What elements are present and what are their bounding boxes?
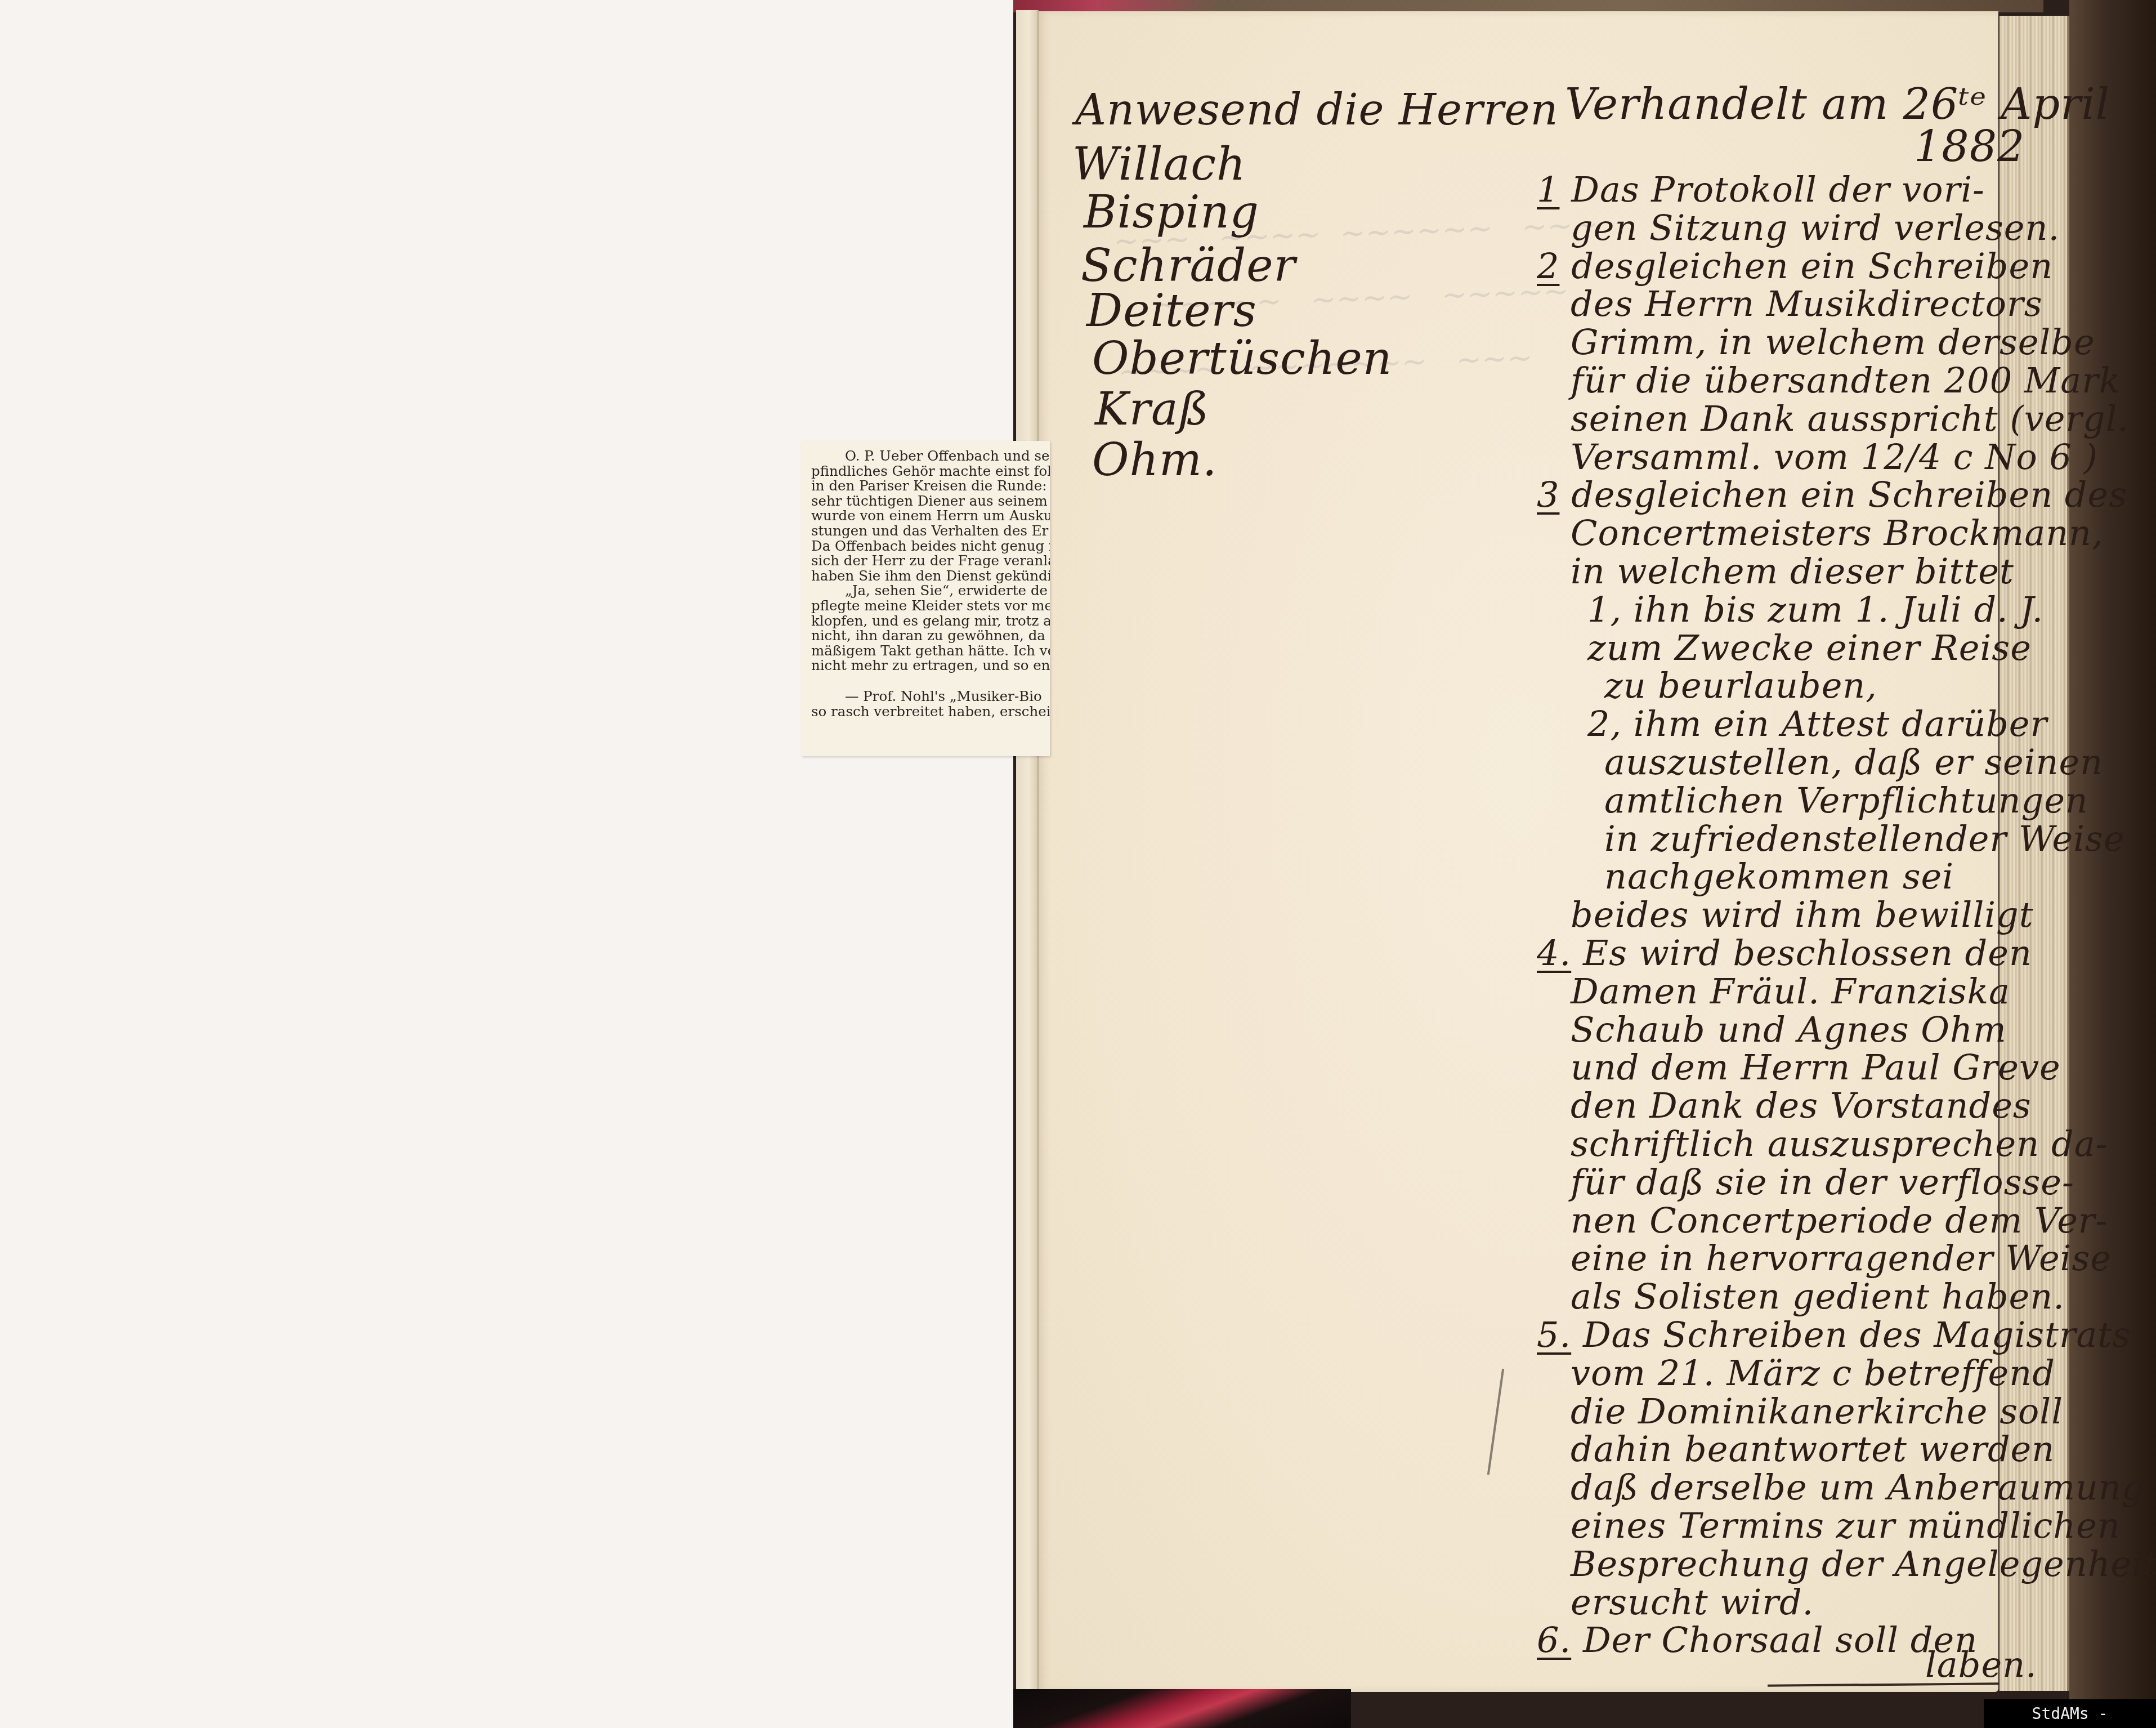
item-number: 2: [1537, 245, 1559, 287]
minutes-line: 2 desgleichen ein Schreiben: [1537, 245, 2053, 287]
attendee-name: Obertüschen: [1092, 332, 1392, 385]
minutes-line-text: und dem Herrn Paul Greve: [1571, 1047, 2061, 1088]
archive-reference-label: StdAMs - MV_003_194: [1984, 1699, 2156, 1728]
minutes-line-text: als Solisten gedient haben.: [1571, 1276, 2065, 1317]
minutes-line-text: eine in hervorragender Weise: [1571, 1238, 2112, 1279]
minutes-line: 5. Das Schreiben des Magistrats: [1537, 1314, 2131, 1355]
minutes-line-text: seinen Dank ausspricht (vergl.: [1571, 398, 2129, 439]
minutes-line-text: Der Chorsaal soll den: [1583, 1619, 1978, 1660]
minutes-line: nachgekommen sei: [1604, 856, 1954, 897]
minutes-line-text: auszustellen, daß er seinen: [1604, 742, 2103, 783]
clipping-line: Da Offenbach beides nicht genug rü: [811, 539, 1050, 554]
attendee-name: Ohm.: [1092, 434, 1217, 486]
item-number: 5.: [1537, 1314, 1571, 1355]
attendee-name: Willach: [1072, 138, 1246, 190]
minutes-line: 2, ihm ein Attest darüber: [1587, 703, 2047, 744]
minutes-line: als Solisten gedient haben.: [1571, 1276, 2065, 1317]
attendee-name: Kraß: [1095, 383, 1209, 435]
minutes-line-text: Besprechung der Angelegenheit: [1571, 1543, 2156, 1584]
minutes-line-text: Schaub und Agnes Ohm: [1571, 1009, 2007, 1050]
book-binding-bottom: [1013, 1689, 1351, 1728]
clipping-line: O. P. Ueber Offenbach und sein e: [811, 449, 1050, 464]
minutes-line: ersucht wird.: [1571, 1582, 1814, 1623]
minutes-line-text: 1, ihn bis zum 1. Juli d. J.: [1587, 589, 2043, 630]
minutes-line-text: beides wird ihm bewilligt: [1571, 894, 2034, 935]
book-gutter: [1016, 10, 1039, 1689]
clipping-line: wurde von einem Herrn um Auskun: [811, 508, 1050, 524]
minutes-line-text: Versamml. vom 12/4 c No 6 ): [1571, 436, 2098, 477]
minutes-line: 1 Das Protokoll der vori-: [1537, 169, 1985, 210]
clipping-line: stungen und das Verhalten des Er: [811, 524, 1050, 539]
minutes-line-text: zum Zwecke einer Reise: [1587, 627, 2032, 668]
clipping-footer-line: so rasch verbreitet haben, erscheinen: [811, 704, 1050, 720]
clipping-footer-line: — Prof. Nohl's „Musiker-Bio: [811, 689, 1050, 704]
minutes-line: vom 21. März c betreffend: [1571, 1352, 2055, 1394]
minutes-line-text: eines Termins zur mündlichen: [1571, 1505, 2121, 1546]
item-number: 4.: [1537, 932, 1571, 974]
minutes-line-text: desgleichen ein Schreiben des: [1571, 474, 2127, 515]
minutes-line: eine in hervorragender Weise: [1571, 1238, 2112, 1279]
minutes-trailing-word: laben.: [1925, 1644, 2037, 1685]
minutes-line-text: Concertmeisters Brockmann,: [1571, 512, 2104, 553]
minutes-line: Concertmeisters Brockmann,: [1571, 512, 2104, 553]
clipping-line: nicht, ihn daran zu gewöhnen, da: [811, 628, 1050, 644]
item-number: 6.: [1537, 1619, 1571, 1660]
minutes-year: 1882: [1914, 121, 2025, 171]
attendee-name: Deiters: [1086, 284, 1257, 337]
minutes-line: seinen Dank ausspricht (vergl.: [1571, 398, 2129, 439]
minutes-line: nen Concertperiode dem Ver-: [1571, 1200, 2108, 1241]
minutes-line-text: dahin beantwortet werden: [1571, 1428, 2055, 1470]
minutes-line-text: für die übersandten 200 Mark: [1571, 360, 2121, 401]
minutes-line: die Dominikanerkirche soll: [1571, 1391, 2063, 1432]
minutes-line-text: gen Sitzung wird verlesen.: [1571, 207, 2060, 248]
minutes-line: auszustellen, daß er seinen: [1604, 742, 2103, 783]
clipping-line: „Ja, sehen Sie“, erwiderte de: [811, 583, 1050, 599]
clipping-line: klopfen, und es gelang mir, trotz a: [811, 614, 1050, 629]
clipping-line: in den Pariser Kreisen die Runde:: [811, 479, 1050, 494]
attendee-name: Bisping: [1084, 186, 1259, 238]
minutes-line: den Dank des Vorstandes: [1571, 1085, 2032, 1126]
minutes-line-text: Das Protokoll der vori-: [1571, 169, 1985, 210]
clipping-line: pflegte meine Kleider stets vor mei: [811, 599, 1050, 614]
minutes-line: beides wird ihm bewilligt: [1571, 894, 2034, 935]
minutes-line-text: nachgekommen sei: [1604, 856, 1954, 897]
minutes-line-text: Es wird beschlossen den: [1583, 932, 2032, 974]
clipping-line: sich der Herr zu der Frage veranlaß: [811, 553, 1050, 569]
minutes-line-text: den Dank des Vorstandes: [1571, 1085, 2032, 1126]
minutes-date-heading: Verhandelt am 26ᵗᵉ April: [1565, 79, 2110, 129]
minutes-line: schriftlich auszusprechen da-: [1571, 1123, 2108, 1164]
minutes-line-text: die Dominikanerkirche soll: [1571, 1391, 2063, 1432]
minutes-line: Schaub und Agnes Ohm: [1571, 1009, 2007, 1050]
minutes-line: zu beurlauben,: [1604, 665, 1877, 706]
minutes-line-text: Grimm, in welchem derselbe: [1571, 322, 2095, 363]
clipping-text: O. P. Ueber Offenbach und sein e pfindli…: [811, 449, 1050, 719]
minutes-line: amtlichen Verpflichtungen: [1604, 780, 2088, 821]
minutes-line-text: daß derselbe um Anberaumung: [1571, 1467, 2145, 1508]
minutes-line: Grimm, in welchem derselbe: [1571, 322, 2095, 363]
facing-blank-page: [0, 0, 1013, 1728]
minutes-line: 1, ihn bis zum 1. Juli d. J.: [1587, 589, 2043, 630]
minutes-line: eines Termins zur mündlichen: [1571, 1505, 2121, 1546]
clipping-line: nicht mehr zu ertragen, und so entl: [811, 658, 1050, 673]
minutes-line: in welchem dieser bittet: [1571, 551, 2014, 592]
minutes-line: zum Zwecke einer Reise: [1587, 627, 2032, 668]
minutes-line-text: zu beurlauben,: [1604, 665, 1877, 706]
minutes-line-text: vom 21. März c betreffend: [1571, 1352, 2055, 1394]
minutes-line-text: Damen Fräul. Franziska: [1571, 971, 2010, 1012]
minutes-line: in zufriedenstellender Weise: [1604, 818, 2125, 859]
minutes-line: 6. Der Chorsaal soll den: [1537, 1619, 1978, 1660]
newspaper-clipping: O. P. Ueber Offenbach und sein e pfindli…: [801, 441, 1050, 756]
minutes-line: daß derselbe um Anberaumung: [1571, 1467, 2145, 1508]
clipping-line: haben Sie ihm den Dienst gekündig: [811, 569, 1050, 584]
minutes-line: 3 desgleichen ein Schreiben des: [1537, 474, 2127, 515]
minutes-line-text: ersucht wird.: [1571, 1582, 1814, 1623]
minutes-line: für daß sie in der verflosse-: [1571, 1162, 2074, 1203]
clipping-line: sehr tüchtigen Diener aus seinem Di: [811, 494, 1050, 509]
minutes-line-text: für daß sie in der verflosse-: [1571, 1162, 2074, 1203]
minutes-line: des Herrn Musikdirectors: [1571, 283, 2042, 324]
minutes-line-text: schriftlich auszusprechen da-: [1571, 1123, 2108, 1164]
minutes-line-text: nen Concertperiode dem Ver-: [1571, 1200, 2108, 1241]
minutes-line-text: 2, ihm ein Attest darüber: [1587, 703, 2047, 744]
minutes-line: Damen Fräul. Franziska: [1571, 971, 2010, 1012]
minutes-line-text: desgleichen ein Schreiben: [1571, 245, 2053, 287]
minutes-line-text: Das Schreiben des Magistrats: [1583, 1314, 2131, 1355]
item-number: 3: [1537, 474, 1559, 515]
clipping-line: mäßigem Takt gethan hätte. Ich ver: [811, 644, 1050, 659]
minutes-line-text: des Herrn Musikdirectors: [1571, 283, 2042, 324]
minutes-line: dahin beantwortet werden: [1571, 1428, 2055, 1470]
minutes-line: Besprechung der Angelegenheit: [1571, 1543, 2156, 1584]
clipping-line: pfindliches Gehör machte einst folgen: [811, 464, 1050, 479]
minutes-line: und dem Herrn Paul Greve: [1571, 1047, 2061, 1088]
minutes-line-text: in welchem dieser bittet: [1571, 551, 2014, 592]
minutes-line-text: amtlichen Verpflichtungen: [1604, 780, 2088, 821]
minutes-line: gen Sitzung wird verlesen.: [1571, 207, 2060, 248]
item-number: 1: [1537, 169, 1559, 210]
minutes-line: 4. Es wird beschlossen den: [1537, 932, 2032, 974]
attendance-heading: Anwesend die Herren: [1075, 84, 1559, 135]
minutes-line: Versamml. vom 12/4 c No 6 ): [1571, 436, 2098, 477]
book-binding-top: [1013, 0, 2043, 12]
minutes-line: für die übersandten 200 Mark: [1571, 360, 2121, 401]
minutes-line-text: in zufriedenstellender Weise: [1604, 818, 2125, 859]
